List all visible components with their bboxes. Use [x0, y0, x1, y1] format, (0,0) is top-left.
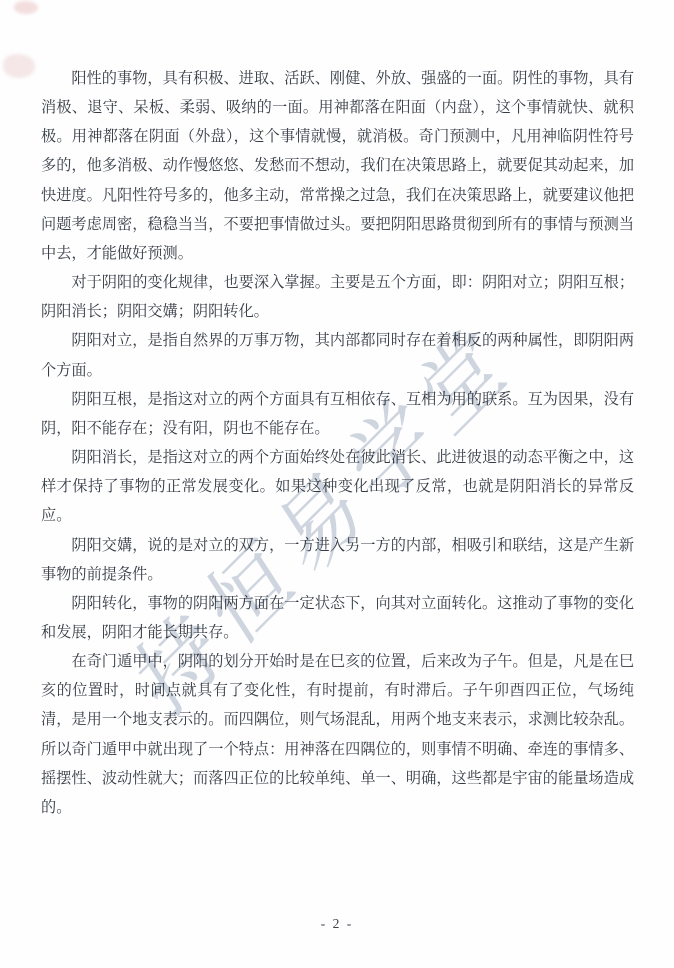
- document-page: 持恒易学堂 阳性的事物，具有积极、进取、活跃、刚健、外放、强盛的一面。阴性的事物…: [0, 0, 674, 968]
- paragraph: 阴阳消长，是指这对立的两个方面始终处在彼此消长、此进彼退的动态平衡之中，这样才保…: [41, 443, 634, 530]
- scan-smudge-artifact: [14, 1, 38, 14]
- paragraph: 阳性的事物，具有积极、进取、活跃、刚健、外放、强盛的一面。阴性的事物，具有消极、…: [41, 64, 634, 268]
- paragraph: 阴阳对立，是指自然界的万事万物，其内部都同时存在着相反的两种属性，即阴阳两个方面…: [41, 326, 634, 384]
- paragraph: 阴阳交媾，说的是对立的双方，一方进入另一方的内部，相吸引和联结，这是产生新事物的…: [41, 531, 634, 589]
- scan-smudge-artifact: [3, 54, 35, 78]
- paragraph: 阴阳转化，事物的阴阳两方面在一定状态下，向其对立面转化。这推动了事物的变化和发展…: [41, 589, 634, 647]
- page-number: - 2 -: [0, 916, 674, 932]
- paragraph: 对于阴阳的变化规律，也要深入掌握。主要是五个方面，即：阴阳对立；阴阳互根；阴阳消…: [41, 268, 634, 326]
- paragraph: 在奇门遁甲中，阴阳的划分开始时是在巳亥的位置，后来改为子午。但是，凡是在巳亥的位…: [41, 647, 634, 822]
- paragraph: 阴阳互根，是指这对立的两个方面具有互相依存、互相为用的联系。互为因果，没有阴，阳…: [41, 385, 634, 443]
- page-body-text: 阳性的事物，具有积极、进取、活跃、刚健、外放、强盛的一面。阴性的事物，具有消极、…: [41, 64, 634, 822]
